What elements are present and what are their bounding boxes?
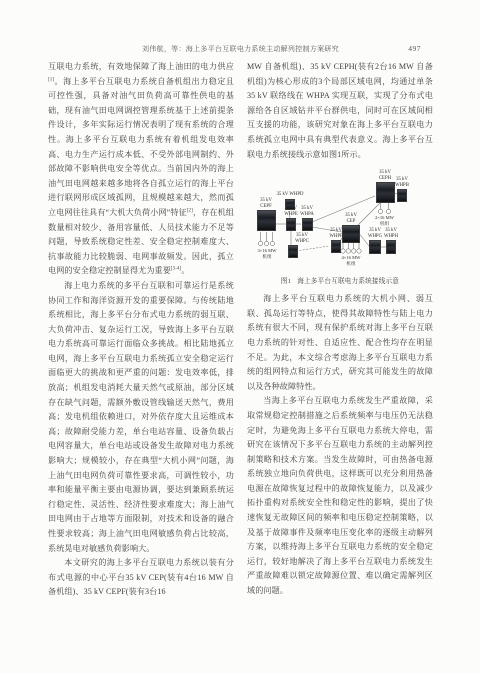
platform-photo (342, 225, 360, 243)
figure-number: 图1 (281, 278, 291, 285)
right-column: MW 自备机组)、35 kV CEPH(装有2台16 MW 自备机组)为核心形成… (247, 60, 433, 600)
node-name: WHPB (390, 183, 414, 189)
node-label: 35 kVWHPA (295, 206, 319, 217)
node-label: 35 kVCEP (340, 213, 362, 224)
paper-page: 刘伟航，等：海上多平台互联电力系统主动解列控制方案研究 497 互联电力系统，有… (0, 0, 480, 673)
figure-caption: 图1海上多平台互联电力系统接线示意 (247, 275, 433, 285)
figure-1: 35 kVCEPF 35 kV WHPD 35 kVWHPE 35 kVWHPA (247, 168, 433, 285)
left-column: 互联电力系统，有效地保障了海上油田的电力供应[1]。海上多平台互联电力系统自备机… (48, 60, 234, 600)
paragraph-5: 当海上多平台互联电力系统发生严重故障，采取常规稳定控制措施之后系统频率与电压仍无… (247, 394, 433, 598)
two-column-body: 互联电力系统，有效地保障了海上油田的电力供应[1]。海上多平台互联电力系统自备机… (48, 60, 433, 600)
generator-label-cep: 4×16 MW 机组 (331, 255, 371, 266)
node-label: 35 kVWHPB (390, 177, 414, 188)
node-name: WHPA (295, 212, 319, 218)
generator-label-cepf: 3×16 MW 机组 (247, 248, 287, 259)
paragraph-text: 。海上多平台互联电力系统自备机组出力稳定且可控性强，具备对油气田负荷高可靠性供电… (48, 77, 234, 217)
figure-node-cep: 35 kVCEP (340, 213, 362, 243)
platform-photo (302, 218, 313, 231)
page-header: 刘伟航，等：海上多平台互联电力系统主动解列控制方案研究 497 (48, 44, 433, 56)
node-name: CEP (340, 219, 362, 225)
paragraph-text: 。 (181, 266, 189, 275)
paragraph-2: 海上电力系统的多平台互联和可靠运行是系统协同工作和海洋资源开发的重要保障。与传统… (48, 279, 234, 556)
generator-unit: 机组 (364, 221, 405, 226)
node-label: 35 kVWHPC (290, 233, 314, 244)
generator-unit: 机组 (331, 261, 371, 266)
paragraph-3: 本文研究的海上多平台互联电力系统以装有分布式电源的中心平台35 kV CEP(装… (48, 556, 234, 600)
platform-photo (397, 189, 407, 202)
network-diagram: 35 kVCEPF 35 kV WHPD 35 kVWHPE 35 kVWHPA (247, 168, 433, 270)
paragraph-text: 互联电力系统，有效地保障了海上油田的电力供应 (48, 62, 234, 71)
generator-unit: 机组 (247, 254, 287, 259)
figure-node-whpa: 35 kVWHPA (295, 206, 319, 231)
citation-ref: [3-4] (171, 267, 182, 272)
platform-photo (257, 210, 276, 231)
generator-label-ceph: 2×16 MW 机组 (364, 215, 405, 226)
paragraph-text: ，存在机组数量相对较少、备用容量低、人员技术能力不足等问题，导致系统稳定性差、安… (48, 208, 234, 275)
page-number: 497 (408, 44, 421, 53)
platform-photo (386, 240, 396, 254)
paragraph-4: 海上多平台互联电力系统的大机小网、弱互联、孤岛运行等特点，使得其故障特性与陆上电… (247, 292, 433, 394)
figure-node-whpb: 35 kVWHPB (390, 177, 414, 202)
node-voltage: 35 kV (276, 192, 288, 197)
platform-photo (288, 245, 298, 258)
node-name: WHPH (379, 234, 403, 240)
paragraph-3-continued: MW 自备机组)、35 kV CEPH(装有2台16 MW 自备机组)为核心形成… (247, 60, 433, 162)
figure-title: 海上多平台互联电力系统接线示意 (297, 278, 399, 285)
node-label: 35 kV WHPD (273, 192, 307, 198)
figure-node-whph: 35 kVWHPH (379, 228, 403, 254)
running-title: 刘伟航，等：海上多平台互联电力系统主动解列控制方案研究 (142, 45, 339, 53)
node-label: 35 kVWHPH (379, 228, 403, 239)
node-name: WHPC (290, 239, 314, 245)
paragraph-1: 互联电力系统，有效地保障了海上油田的电力供应[1]。海上多平台互联电力系统自备机… (48, 60, 234, 279)
node-name: WHPD (289, 192, 303, 197)
